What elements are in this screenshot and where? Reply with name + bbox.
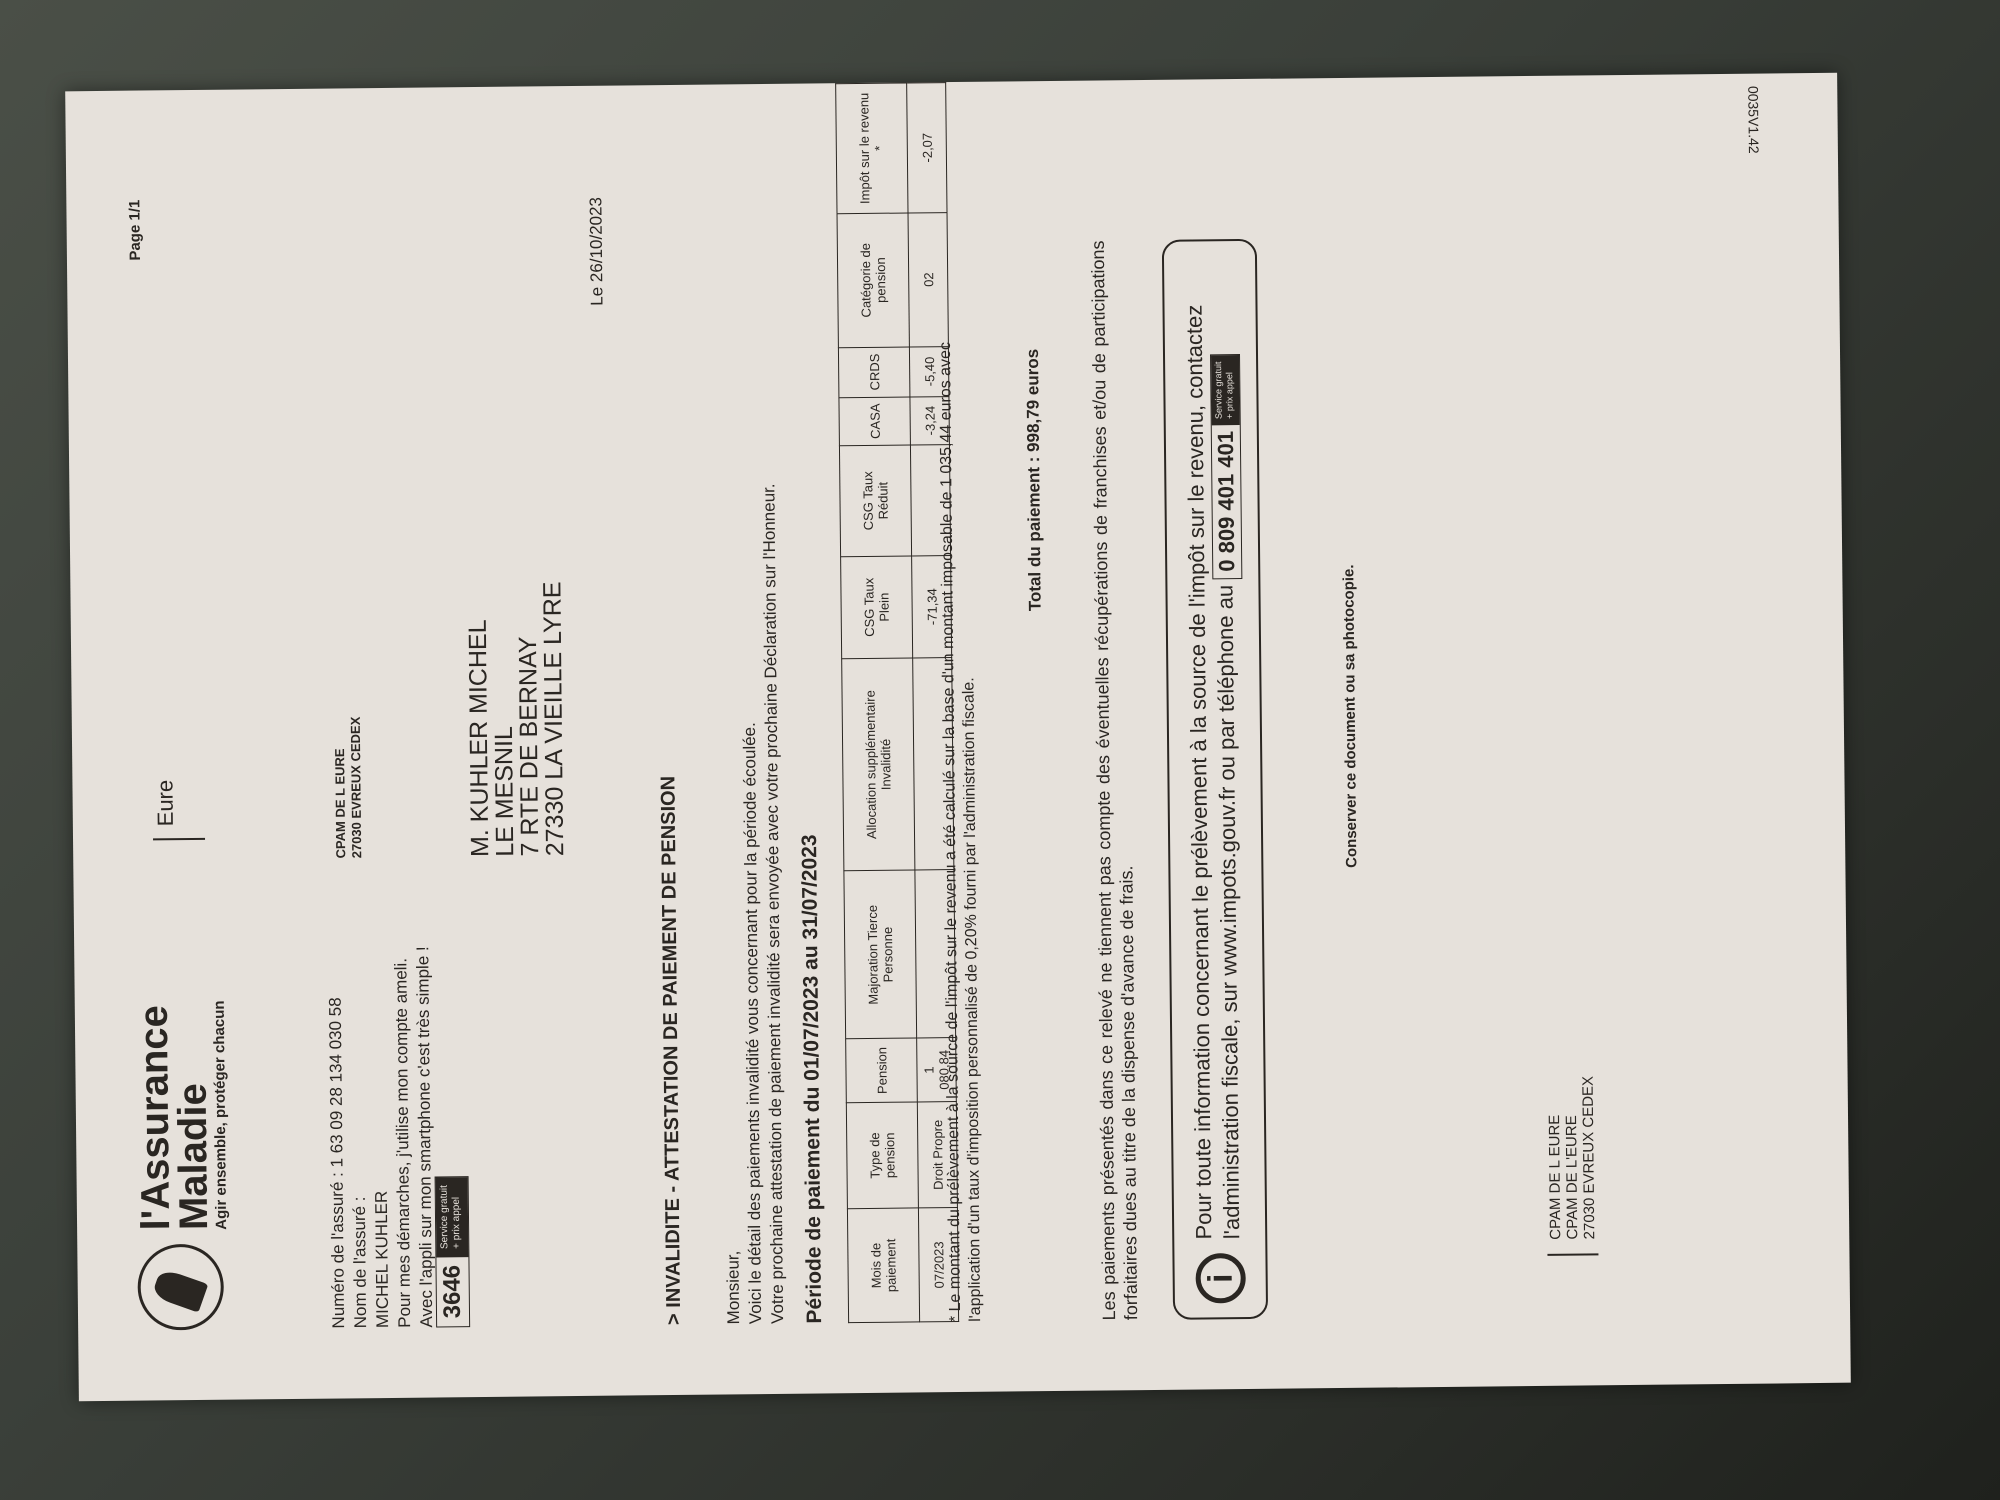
document-content: l'Assurance Maladie Agir ensemble, proté…: [65, 73, 1851, 1401]
keep-document-note: Conserver ce document ou sa photocopie.: [1340, 564, 1360, 868]
table-header-cell: Catégorie de pension: [837, 213, 909, 348]
info-icon: i: [1195, 1253, 1246, 1304]
table-header-cell: Allocation supplémentaire Invalidité: [842, 658, 915, 871]
phone-note: Service gratuit + prix appel: [436, 1177, 469, 1257]
page-number: Page 1/1: [126, 200, 144, 261]
info-line: l'administration fiscale, sur www.impots…: [1213, 585, 1245, 1240]
brand-name-line2: Maladie: [173, 1001, 213, 1231]
payment-total: Total du paiement : 998,79 euros: [1023, 349, 1046, 612]
phone-note-line: + prix appel: [1224, 372, 1234, 419]
payment-period: Période de paiement du 01/07/2023 au 31/…: [798, 834, 827, 1323]
tax-phone-badge: 0 809 401 401 Service gratuit + prix app…: [1210, 354, 1242, 579]
brand-tagline: Agir ensemble, protéger chacun: [211, 1000, 230, 1229]
table-cell: -2,07: [907, 83, 947, 213]
phone-note: Service gratuit + prix appel: [1211, 355, 1240, 425]
department-label: Eure: [152, 779, 205, 840]
securite-sociale-emblem-icon: [137, 1244, 224, 1331]
sender-footer: CPAM DE L EURE CPAM DE L'EURE 27030 EVRE…: [1546, 1076, 1599, 1256]
recipient-address: M. KUHLER MICHEL LE MESNIL 7 RTE DE BERN…: [465, 581, 568, 857]
recipient-line: M. KUHLER MICHEL: [465, 582, 493, 857]
table-header-cell: Pension: [846, 1038, 918, 1102]
sender-line: CPAM DE L EURE: [332, 717, 349, 859]
phone-note-line: Service gratuit: [439, 1185, 451, 1249]
sender-footer-line: CPAM DE L EURE: [1546, 1076, 1565, 1240]
insured-number: Numéro de l'assuré : 1 63 09 28 134 030 …: [324, 947, 350, 1328]
brand-name-line1: l'Assurance: [135, 1001, 175, 1231]
tax-phone-number: 0 809 401 401: [1211, 425, 1241, 578]
table-header-cell: CRDS: [838, 347, 910, 398]
table-header-cell: Type de pension: [846, 1102, 918, 1209]
sender-footer-line: CPAM DE L'EURE: [1563, 1076, 1582, 1240]
sender-line: 27030 EVREUX CEDEX: [348, 717, 365, 859]
insured-info: Numéro de l'assuré : 1 63 09 28 134 030 …: [324, 946, 438, 1328]
table-header-cell: Mois de paiement: [847, 1208, 919, 1322]
disclaimer: Les paiements présentés dans ce relevé n…: [1087, 240, 1142, 1320]
table-header-cell: CSG Taux Réduit: [839, 445, 911, 556]
table-header-cell: Impôt sur le revenu *: [836, 83, 908, 214]
assurance-maladie-logo: l'Assurance Maladie Agir ensemble, proté…: [135, 1000, 231, 1330]
sender-address: CPAM DE L EURE 27030 EVREUX CEDEX: [332, 717, 365, 859]
tax-info-box: i Pour toute information concernant le p…: [1162, 239, 1268, 1320]
reference-code: 0035V1.42: [1745, 86, 1762, 154]
table-header-cell: Majoration Tierce Personne: [844, 870, 917, 1039]
tax-info-text: Pour toute information concernant le pré…: [1181, 304, 1249, 1239]
phone-number: 3646: [436, 1257, 469, 1327]
intro-text: Monsieur, Voici le détail des paiements …: [714, 483, 789, 1324]
recipient-line: 27330 LA VIEILLE LYRE: [540, 581, 568, 856]
table-header-cell: CASA: [839, 397, 911, 446]
phone-note-line: + prix appel: [451, 1197, 463, 1249]
document-page: l'Assurance Maladie Agir ensemble, proté…: [65, 73, 1851, 1401]
sender-footer-line: 27030 EVREUX CEDEX: [1580, 1076, 1599, 1240]
document-date: Le 26/10/2023: [586, 197, 607, 306]
phone-3646-badge: 3646 Service gratuit + prix appel: [435, 1176, 471, 1328]
phone-note-line: Service gratuit: [1213, 362, 1224, 420]
ameli-note: Avec l'appli sur mon smartphone c'est tr…: [412, 946, 438, 1327]
document-title: > INVALIDITE - ATTESTATION DE PAIEMENT D…: [657, 776, 686, 1325]
table-header-cell: CSG Taux Plein: [841, 556, 913, 659]
table-header-row: Mois de paiementType de pensionPensionMa…: [836, 83, 920, 1323]
